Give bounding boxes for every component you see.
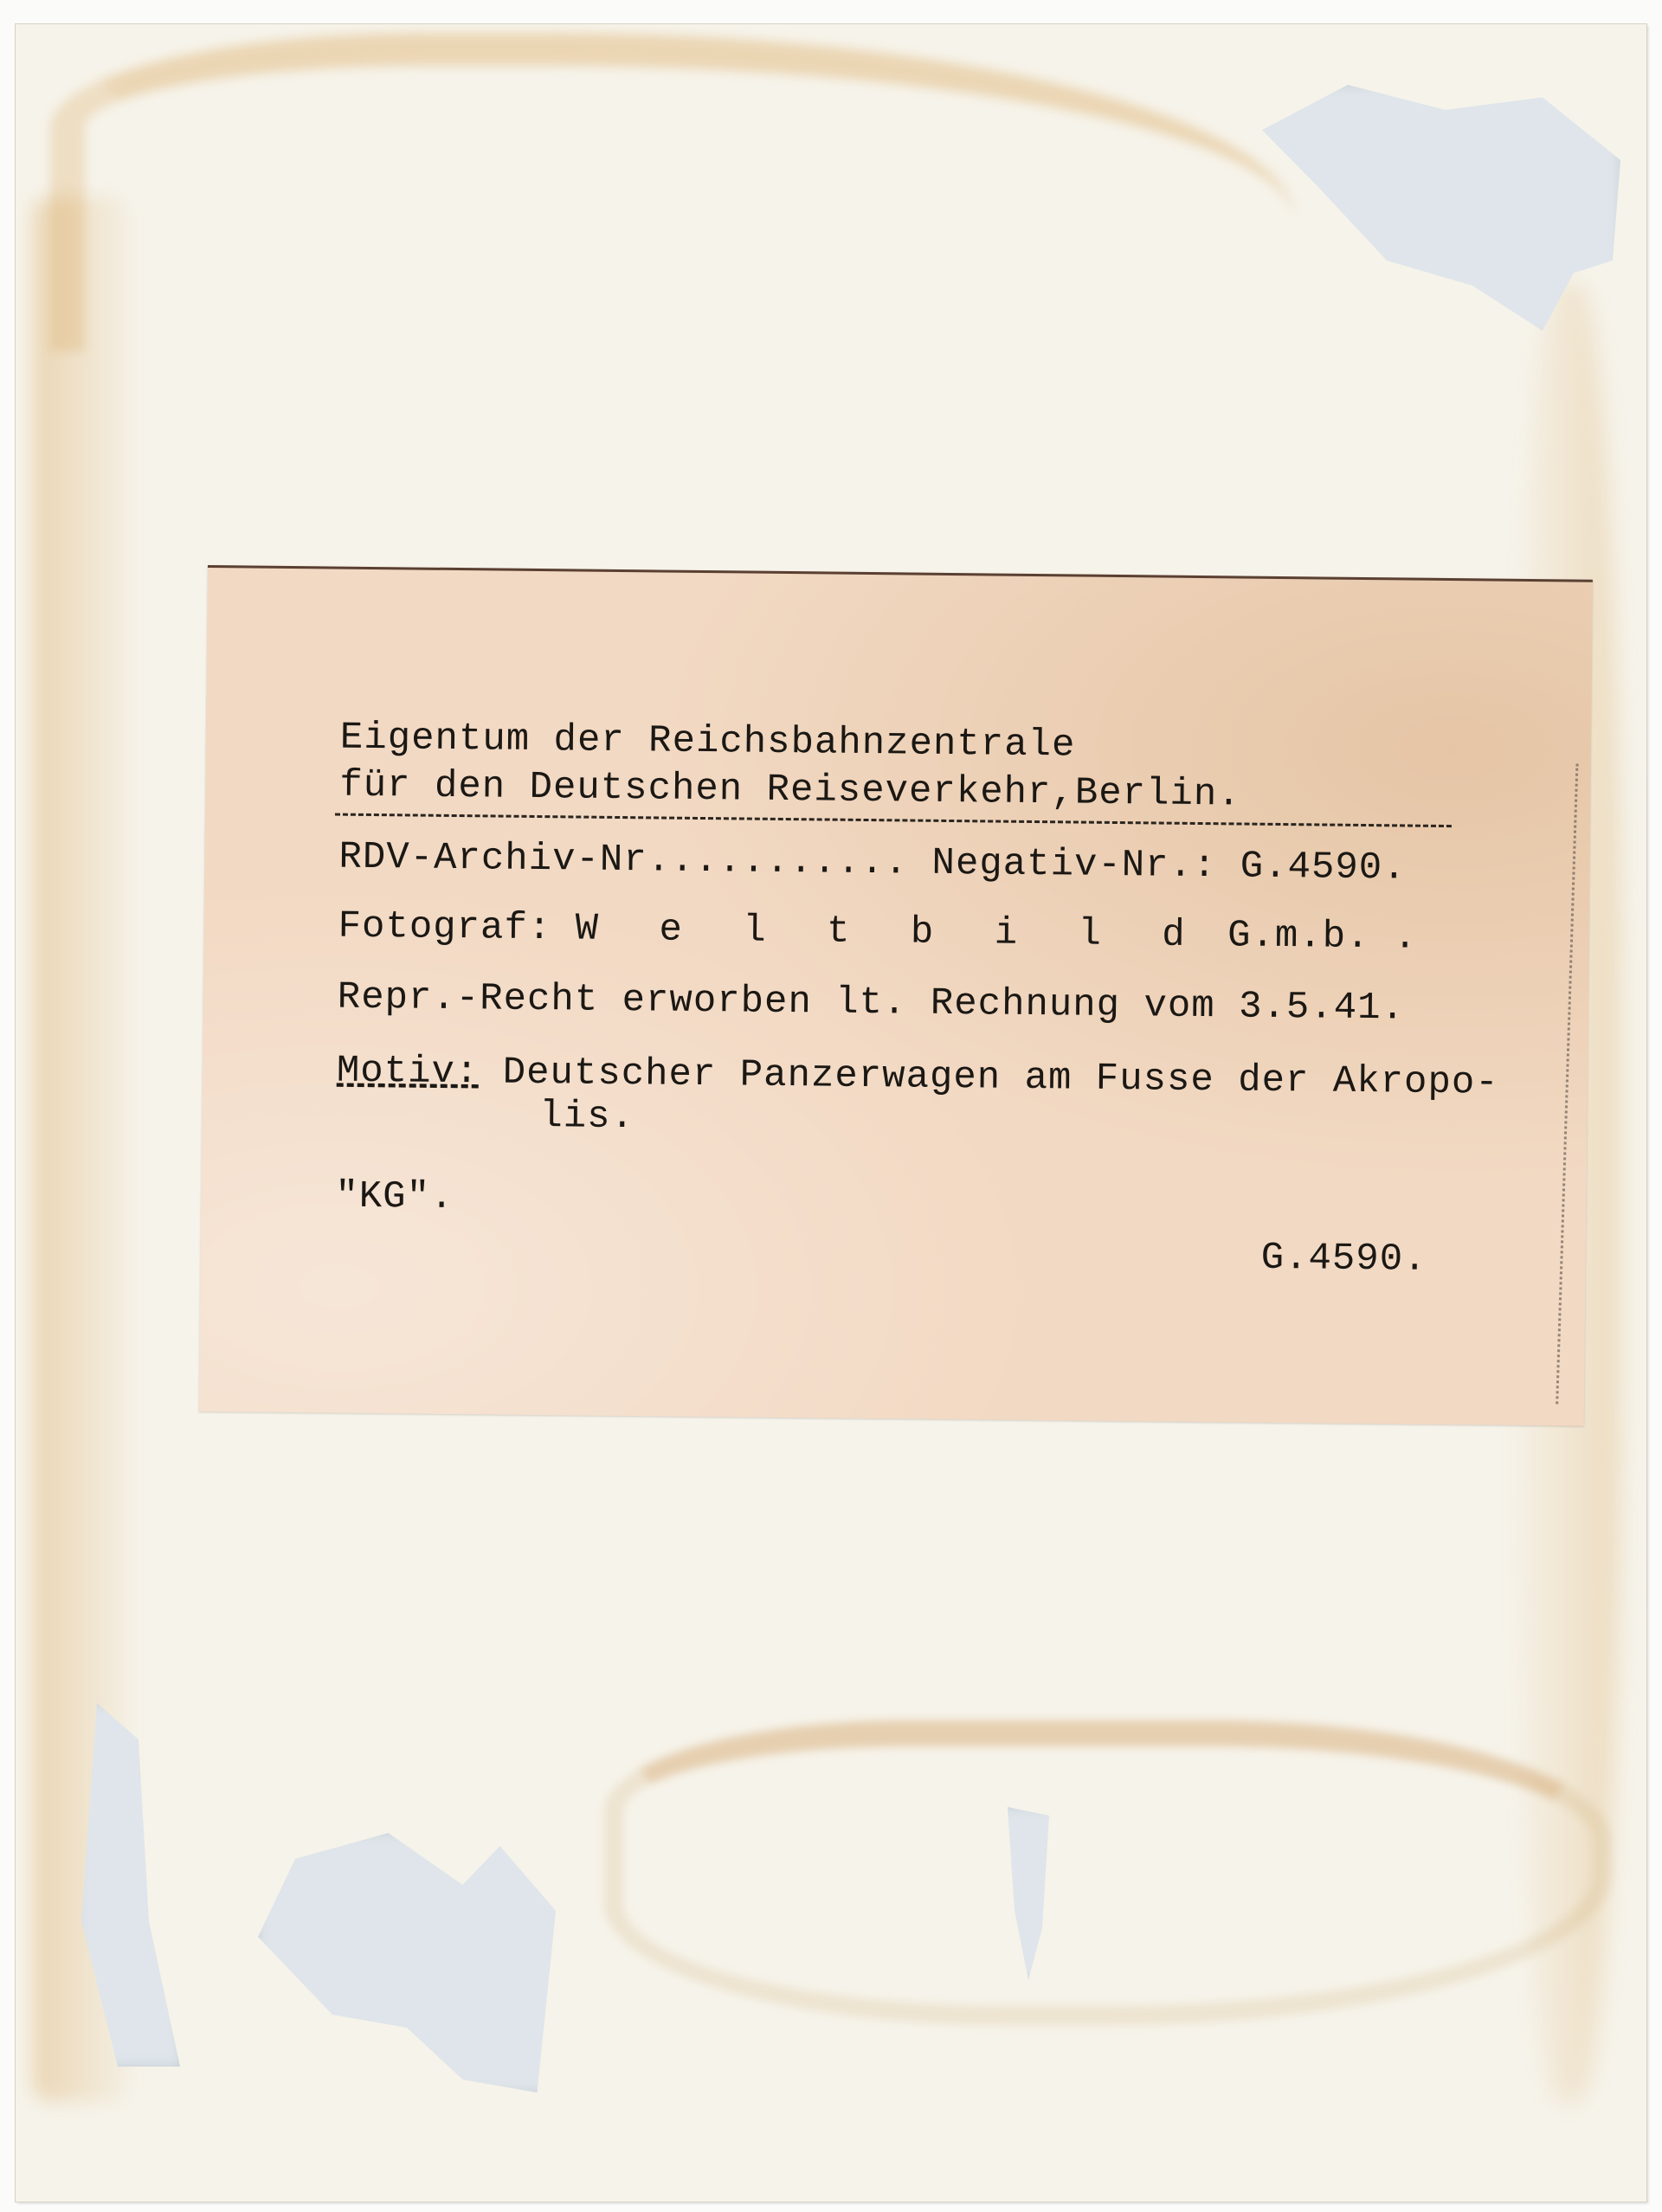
label-owner-line-2: für den Deutschen Reiseverkehr,Berlin.	[339, 764, 1241, 817]
motiv-value-line-2: lis.	[539, 1095, 635, 1139]
water-stain-top	[50, 33, 1297, 351]
archival-label: Eigentum der Reichsbahnzentrale für den …	[199, 565, 1593, 1426]
pencil-margin-line	[1556, 764, 1578, 1405]
water-stain-bottom	[604, 1720, 1612, 2025]
photographer-line: Fotograf: W e l t b i l d G.m.b. .	[338, 905, 1417, 960]
reproduction-rights-line: Repr.-Recht erworben lt. Rechnung vom 3.…	[338, 976, 1406, 1031]
photographer-value: W e l t b i l d	[575, 907, 1204, 957]
torn-paper-bottom-middle	[994, 1807, 1063, 1980]
water-stain-left	[33, 197, 128, 2101]
torn-paper-bottom-left	[258, 1833, 630, 2093]
torn-paper-top-right	[1231, 85, 1620, 336]
motiv-value-line-1: Deutscher Panzerwagen am Fusse der Akrop…	[502, 1051, 1498, 1105]
archive-number-line: RDV-Archiv-Nr........... Negativ-Nr.: G.…	[338, 836, 1407, 891]
motiv-line: Motiv: Deutscher Panzerwagen am Fusse de…	[337, 1050, 1499, 1105]
typed-divider-rule	[335, 813, 1452, 828]
photographer-key: Fotograf:	[338, 905, 551, 951]
code-kg: "KG".	[335, 1175, 454, 1219]
motiv-key: Motiv:	[337, 1050, 480, 1095]
photographer-suffix: G.m.b. .	[1227, 914, 1418, 959]
label-owner-line-1: Eigentum der Reichsbahnzentrale	[340, 717, 1076, 768]
negative-number-footer: G.4590.	[1260, 1237, 1427, 1282]
torn-paper-bottom-left-strip	[76, 1703, 180, 2067]
